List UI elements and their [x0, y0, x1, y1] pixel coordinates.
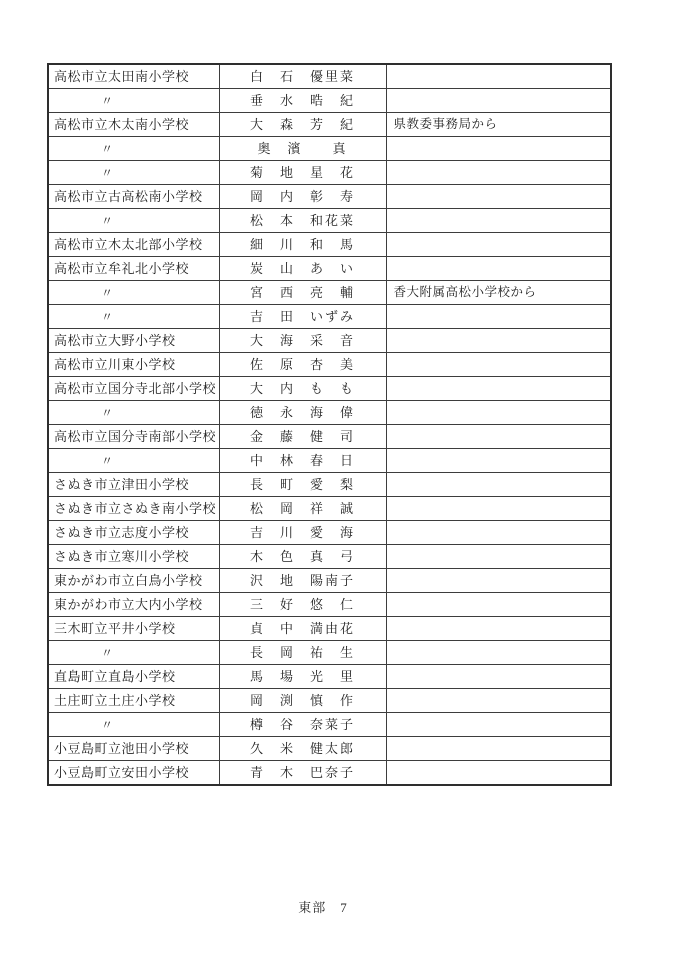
assignment-table: 高松市立太田南小学校 白 石 優里菜 〃 垂 水 晧 紀 高松市立木太南小学校 … — [47, 63, 612, 786]
school-cell: 〃 — [48, 209, 219, 233]
name-cell: 松 岡 祥 誠 — [219, 497, 386, 521]
school-cell: 小豆島町立安田小学校 — [48, 761, 219, 786]
table-row: 〃 長 岡 祐 生 — [48, 641, 611, 665]
table-row: 高松市立太田南小学校 白 石 優里菜 — [48, 64, 611, 89]
name-cell: 奥 濱 真 — [219, 137, 386, 161]
table-row: 〃 垂 水 晧 紀 — [48, 89, 611, 113]
table-row: 〃 宮 西 亮 輔 香大附属高松小学校から — [48, 281, 611, 305]
note-cell — [386, 521, 611, 545]
name-cell: 菊 地 星 花 — [219, 161, 386, 185]
name-cell: 岡 渕 慎 作 — [219, 689, 386, 713]
name-cell: 大 内 も も — [219, 377, 386, 401]
name-cell: 吉 田 いずみ — [219, 305, 386, 329]
name-cell: 岡 内 彰 寿 — [219, 185, 386, 209]
school-cell: 高松市立古高松南小学校 — [48, 185, 219, 209]
school-cell: 〃 — [48, 281, 219, 305]
table-row: 高松市立国分寺南部小学校 金 藤 健 司 — [48, 425, 611, 449]
name-cell: 徳 永 海 偉 — [219, 401, 386, 425]
note-cell — [386, 497, 611, 521]
name-cell: 細 川 和 馬 — [219, 233, 386, 257]
name-cell: 久 米 健太郎 — [219, 737, 386, 761]
school-cell: 〃 — [48, 449, 219, 473]
name-cell: 貞 中 満由花 — [219, 617, 386, 641]
table-row: 土庄町立土庄小学校 岡 渕 慎 作 — [48, 689, 611, 713]
table-row: 東かがわ市立白鳥小学校 沢 地 陽南子 — [48, 569, 611, 593]
name-cell: 宮 西 亮 輔 — [219, 281, 386, 305]
note-cell — [386, 161, 611, 185]
name-cell: 垂 水 晧 紀 — [219, 89, 386, 113]
school-cell: 〃 — [48, 161, 219, 185]
table-row: 高松市立大野小学校 大 海 采 音 — [48, 329, 611, 353]
table-row: 〃 菊 地 星 花 — [48, 161, 611, 185]
name-cell: 沢 地 陽南子 — [219, 569, 386, 593]
school-cell: 小豆島町立池田小学校 — [48, 737, 219, 761]
note-cell — [386, 377, 611, 401]
table-row: 〃 中 林 春 日 — [48, 449, 611, 473]
name-cell: 長 岡 祐 生 — [219, 641, 386, 665]
table-row: さぬき市立さぬき南小学校 松 岡 祥 誠 — [48, 497, 611, 521]
school-cell: 高松市立大野小学校 — [48, 329, 219, 353]
note-cell — [386, 425, 611, 449]
school-cell: 〃 — [48, 89, 219, 113]
school-cell: 高松市立国分寺北部小学校 — [48, 377, 219, 401]
page-footer: 東部 7 — [0, 897, 680, 916]
table-row: 〃 吉 田 いずみ — [48, 305, 611, 329]
table-row: 〃 松 本 和花菜 — [48, 209, 611, 233]
note-cell — [386, 329, 611, 353]
name-cell: 中 林 春 日 — [219, 449, 386, 473]
table-row: 高松市立古高松南小学校 岡 内 彰 寿 — [48, 185, 611, 209]
school-cell: 三木町立平井小学校 — [48, 617, 219, 641]
name-cell: 大 森 芳 紀 — [219, 113, 386, 137]
school-cell: 高松市立川東小学校 — [48, 353, 219, 377]
table-row: 直島町立直島小学校 馬 場 光 里 — [48, 665, 611, 689]
name-cell: 大 海 采 音 — [219, 329, 386, 353]
note-cell — [386, 305, 611, 329]
school-cell: 〃 — [48, 713, 219, 737]
table-row: さぬき市立志度小学校 吉 川 愛 海 — [48, 521, 611, 545]
table-row: 高松市立川東小学校 佐 原 杏 美 — [48, 353, 611, 377]
school-cell: 東かがわ市立白鳥小学校 — [48, 569, 219, 593]
school-cell: 〃 — [48, 305, 219, 329]
table-row: 高松市立国分寺北部小学校 大 内 も も — [48, 377, 611, 401]
table-row: さぬき市立寒川小学校 木 色 真 弓 — [48, 545, 611, 569]
table-row: 小豆島町立池田小学校 久 米 健太郎 — [48, 737, 611, 761]
school-cell: 東かがわ市立大内小学校 — [48, 593, 219, 617]
school-cell: 〃 — [48, 137, 219, 161]
note-cell — [386, 137, 611, 161]
name-cell: 松 本 和花菜 — [219, 209, 386, 233]
table-row: 高松市立木太南小学校 大 森 芳 紀 県教委事務局から — [48, 113, 611, 137]
footer-label: 東部 7 — [298, 900, 348, 915]
table-row: 三木町立平井小学校 貞 中 満由花 — [48, 617, 611, 641]
note-cell — [386, 617, 611, 641]
table-row: 高松市立牟礼北小学校 炭 山 あ い — [48, 257, 611, 281]
table-row: 〃 奥 濱 真 — [48, 137, 611, 161]
name-cell: 佐 原 杏 美 — [219, 353, 386, 377]
note-cell — [386, 233, 611, 257]
name-cell: 白 石 優里菜 — [219, 64, 386, 89]
name-cell: 炭 山 あ い — [219, 257, 386, 281]
note-cell — [386, 713, 611, 737]
table-row: 高松市立木太北部小学校 細 川 和 馬 — [48, 233, 611, 257]
table-row: 東かがわ市立大内小学校 三 好 悠 仁 — [48, 593, 611, 617]
table-row: さぬき市立津田小学校 長 町 愛 梨 — [48, 473, 611, 497]
note-cell: 香大附属高松小学校から — [386, 281, 611, 305]
name-cell: 木 色 真 弓 — [219, 545, 386, 569]
school-cell: さぬき市立寒川小学校 — [48, 545, 219, 569]
note-cell — [386, 64, 611, 89]
note-cell — [386, 449, 611, 473]
school-cell: 〃 — [48, 401, 219, 425]
name-cell: 馬 場 光 里 — [219, 665, 386, 689]
note-cell — [386, 353, 611, 377]
note-cell — [386, 185, 611, 209]
school-cell: 直島町立直島小学校 — [48, 665, 219, 689]
note-cell — [386, 665, 611, 689]
note-cell — [386, 257, 611, 281]
name-cell: 青 木 巴奈子 — [219, 761, 386, 786]
school-cell: 〃 — [48, 641, 219, 665]
name-cell: 長 町 愛 梨 — [219, 473, 386, 497]
school-cell: 土庄町立土庄小学校 — [48, 689, 219, 713]
note-cell — [386, 689, 611, 713]
school-cell: 高松市立国分寺南部小学校 — [48, 425, 219, 449]
school-cell: 高松市立太田南小学校 — [48, 64, 219, 89]
school-cell: さぬき市立津田小学校 — [48, 473, 219, 497]
note-cell — [386, 473, 611, 497]
name-cell: 吉 川 愛 海 — [219, 521, 386, 545]
table-row: 小豆島町立安田小学校 青 木 巴奈子 — [48, 761, 611, 786]
note-cell: 県教委事務局から — [386, 113, 611, 137]
name-cell: 金 藤 健 司 — [219, 425, 386, 449]
school-cell: 高松市立牟礼北小学校 — [48, 257, 219, 281]
school-cell: 高松市立木太南小学校 — [48, 113, 219, 137]
table-row: 〃 徳 永 海 偉 — [48, 401, 611, 425]
table-row: 〃 樽 谷 奈菜子 — [48, 713, 611, 737]
note-cell — [386, 737, 611, 761]
note-cell — [386, 401, 611, 425]
name-cell: 三 好 悠 仁 — [219, 593, 386, 617]
school-cell: さぬき市立さぬき南小学校 — [48, 497, 219, 521]
note-cell — [386, 641, 611, 665]
note-cell — [386, 569, 611, 593]
note-cell — [386, 89, 611, 113]
document-page: 高松市立太田南小学校 白 石 優里菜 〃 垂 水 晧 紀 高松市立木太南小学校 … — [0, 0, 680, 961]
school-cell: さぬき市立志度小学校 — [48, 521, 219, 545]
note-cell — [386, 593, 611, 617]
school-cell: 高松市立木太北部小学校 — [48, 233, 219, 257]
name-cell: 樽 谷 奈菜子 — [219, 713, 386, 737]
note-cell — [386, 545, 611, 569]
table-body: 高松市立太田南小学校 白 石 優里菜 〃 垂 水 晧 紀 高松市立木太南小学校 … — [48, 64, 611, 785]
note-cell — [386, 761, 611, 786]
note-cell — [386, 209, 611, 233]
